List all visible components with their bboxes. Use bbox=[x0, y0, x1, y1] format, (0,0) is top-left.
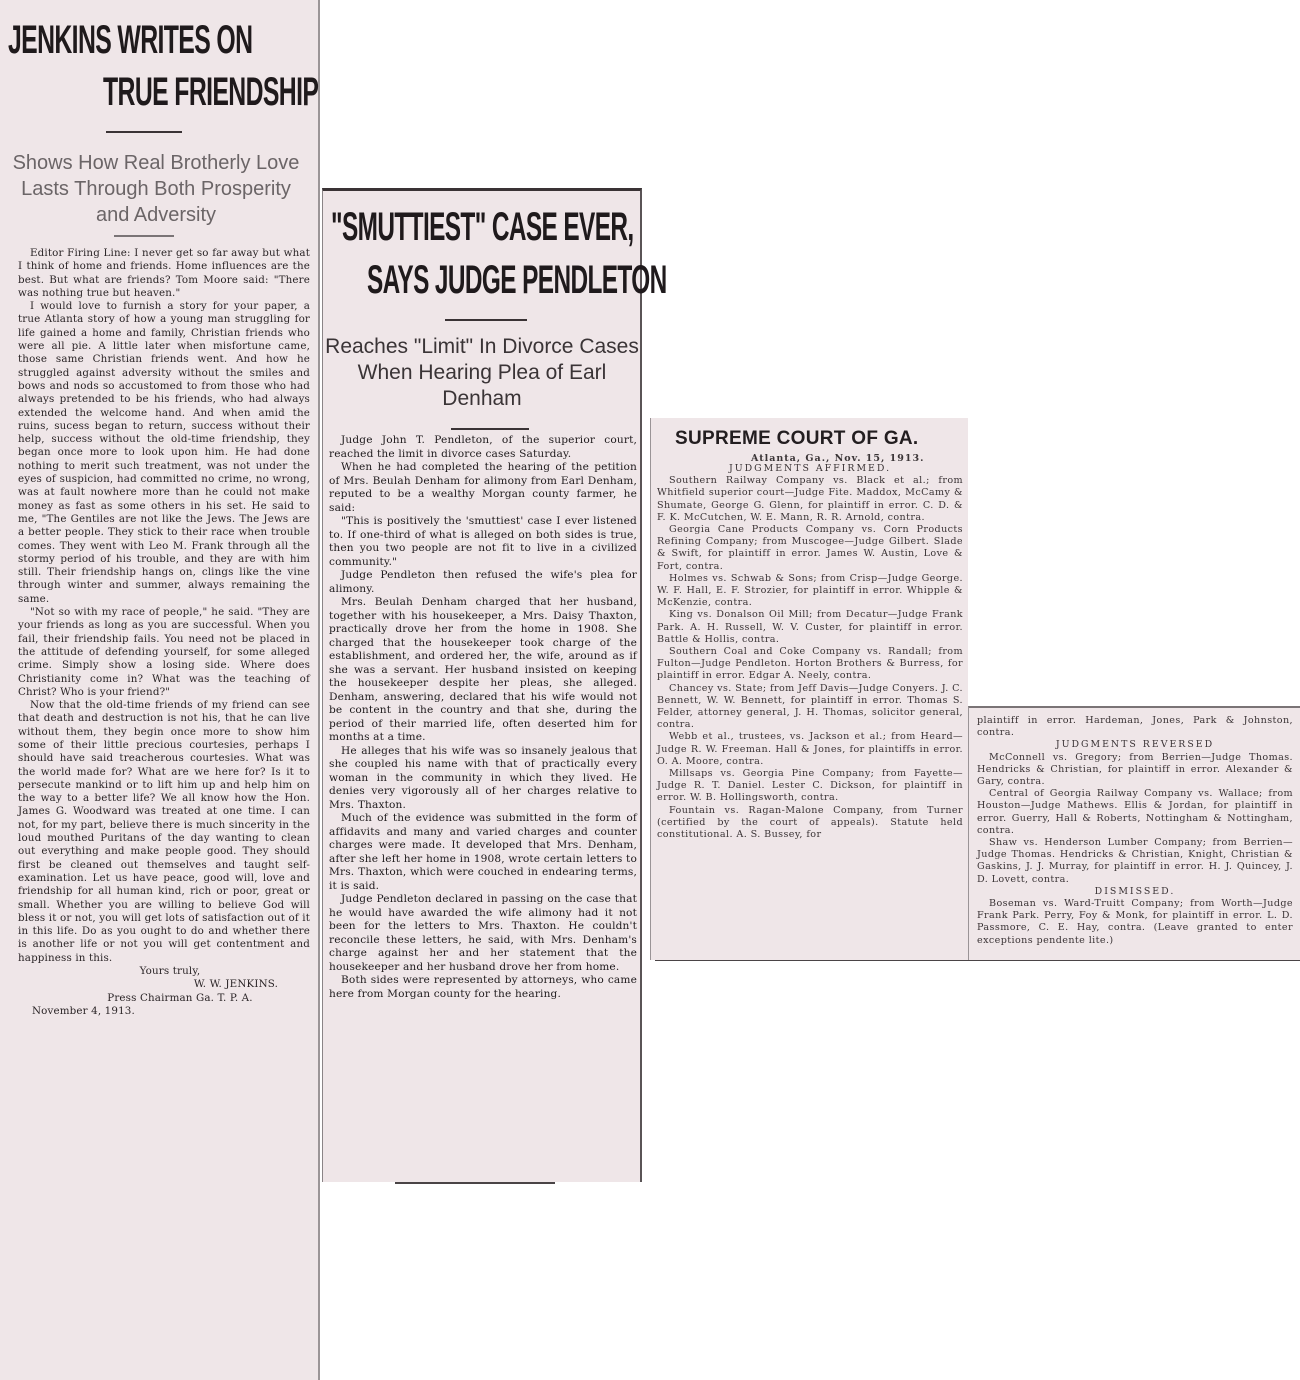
paragraph: Judge Pendleton then refused the wife's … bbox=[329, 569, 637, 596]
paragraph: He alleges that his wife was so insanely… bbox=[329, 745, 637, 813]
paragraph: Now that the old-time friends of my frie… bbox=[18, 699, 310, 965]
paragraph: "Not so with my race of people," he said… bbox=[18, 606, 310, 699]
ruling: Southern Coal and Coke Company vs. Randa… bbox=[657, 646, 963, 683]
section-heading-affirmed: JUDGMENTS AFFIRMED. bbox=[657, 463, 963, 475]
end-rule bbox=[655, 960, 1300, 961]
ruling: McConnell vs. Gregory; from Berrien—Judg… bbox=[977, 752, 1293, 789]
paragraph: Much of the evidence was submitted in th… bbox=[329, 812, 637, 893]
supreme-court-continued-clipping: plaintiff in error. Hardeman, Jones, Par… bbox=[968, 706, 1300, 960]
subheadline: Shows How Real Brotherly Love Lasts Thro… bbox=[6, 150, 306, 228]
headline-line-1: JENKINS WRITES ON bbox=[8, 18, 252, 63]
ruling: Chancey vs. State; from Jeff Davis—Judge… bbox=[657, 683, 963, 732]
signature-title: Press Chairman Ga. T. P. A. bbox=[18, 992, 310, 1005]
subheadline: Reaches "Limit" In Divorce Cases When He… bbox=[323, 334, 641, 412]
letter-date: November 4, 1913. bbox=[18, 1005, 310, 1018]
headline-divider bbox=[106, 131, 182, 133]
ruling: Fountain vs. Ragan-Malone Company, from … bbox=[657, 805, 963, 842]
headline: SUPREME COURT OF GA. bbox=[675, 428, 919, 450]
ruling: Shaw vs. Henderson Lumber Company; from … bbox=[977, 837, 1293, 886]
paragraph: Both sides were represented by attorneys… bbox=[329, 974, 637, 1001]
ruling: Millsaps vs. Georgia Pine Company; from … bbox=[657, 768, 963, 805]
headline-line-2: SAYS JUDGE PENDLETON bbox=[367, 258, 667, 303]
ruling: Southern Railway Company vs. Black et al… bbox=[657, 475, 963, 524]
headline-line-2: TRUE FRIENDSHIP bbox=[103, 70, 318, 115]
ruling: Boseman vs. Ward-Truitt Company; from Wo… bbox=[977, 898, 1293, 947]
subheadline-divider bbox=[114, 235, 174, 237]
jenkins-clipping: JENKINS WRITES ON TRUE FRIENDSHIP Shows … bbox=[0, 0, 320, 1380]
headline-divider bbox=[445, 319, 527, 321]
rulings-list: JUDGMENTS AFFIRMED. Southern Railway Com… bbox=[657, 463, 963, 841]
article-body: Judge John T. Pendleton, of the superior… bbox=[329, 434, 637, 1001]
pendleton-clipping: "SMUTTIEST" CASE EVER, SAYS JUDGE PENDLE… bbox=[322, 188, 642, 1182]
signature: W. W. JENKINS. bbox=[18, 978, 310, 991]
closing: Yours truly, bbox=[18, 965, 310, 978]
ruling: Webb et al., trustees, vs. Jackson et al… bbox=[657, 731, 963, 768]
rulings-list-continued: plaintiff in error. Hardeman, Jones, Par… bbox=[977, 715, 1293, 947]
section-heading-dismissed: DISMISSED. bbox=[977, 886, 1293, 898]
article-body: Editor Firing Line: I never get so far a… bbox=[18, 247, 310, 1018]
supreme-court-clipping: SUPREME COURT OF GA. Atlanta, Ga., Nov. … bbox=[650, 418, 968, 960]
section-heading-reversed: JUDGMENTS REVERSED bbox=[977, 739, 1293, 751]
ruling: Central of Georgia Railway Company vs. W… bbox=[977, 788, 1293, 837]
paragraph: Judge John T. Pendleton, of the superior… bbox=[329, 434, 637, 461]
ruling: Georgia Cane Products Company vs. Corn P… bbox=[657, 524, 963, 573]
headline-line-1: "SMUTTIEST" CASE EVER, bbox=[331, 205, 634, 250]
paragraph: Mrs. Beulah Denham charged that her husb… bbox=[329, 596, 637, 745]
continued-text: plaintiff in error. Hardeman, Jones, Par… bbox=[977, 715, 1293, 739]
paragraph: When he had completed the hearing of the… bbox=[329, 461, 637, 515]
paragraph: "This is positively the 'smuttiest' case… bbox=[329, 515, 637, 569]
paragraph: Editor Firing Line: I never get so far a… bbox=[18, 247, 310, 300]
subheadline-divider bbox=[451, 428, 529, 430]
ruling: Holmes vs. Schwab & Sons; from Crisp—Jud… bbox=[657, 573, 963, 610]
paragraph: I would love to furnish a story for your… bbox=[18, 300, 310, 606]
paragraph: Judge Pendleton declared in passing on t… bbox=[329, 893, 637, 974]
ruling: King vs. Donalson Oil Mill; from Decatur… bbox=[657, 609, 963, 646]
end-rule bbox=[395, 1182, 555, 1184]
